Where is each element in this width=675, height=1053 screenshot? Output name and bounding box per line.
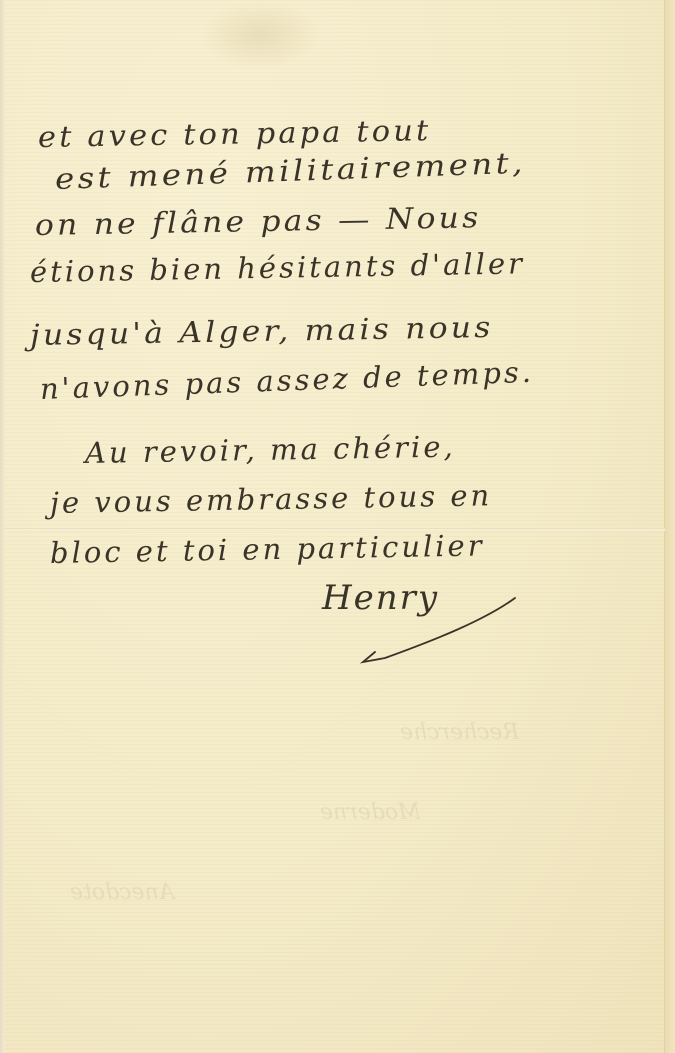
letter-page: Recherche Moderne Anecdote et avec ton p… [0,0,675,1053]
letter-line: bloc et toi en particulier [50,528,485,570]
letter-line: Au revoir, ma chérie, [85,430,456,470]
letter-line: étions bien hésitants d'aller [30,246,526,289]
paper-stain [200,0,320,70]
letter-line: je vous embrasse tous en [50,478,493,520]
letter-line: n'avons pas assez de temps. [39,355,534,406]
signature-flourish [355,590,525,670]
page-left-edge [0,0,5,1053]
page-right-edge [664,0,675,1053]
letter-line: on ne flâne pas — Nous [35,200,482,242]
show-through-text: Anecdote [70,880,175,905]
letter-line: jusqu'à Alger, mais nous [30,310,494,352]
show-through-text: Recherche [400,720,519,745]
letter-line: et avec ton papa tout [38,113,432,154]
letter-line: est mené militairement, [54,146,526,196]
show-through-text: Moderne [320,800,421,825]
